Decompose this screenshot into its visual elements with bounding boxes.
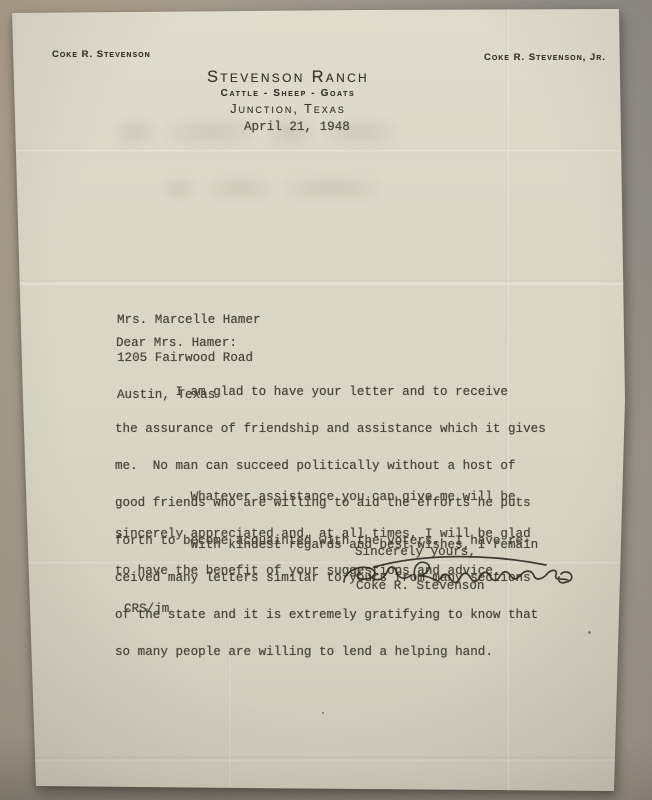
- paper-shadow-wrap: Coke R. Stevenson Coke R. Stevenson, Jr.…: [0, 0, 652, 800]
- letterhead-name-right: Coke R. Stevenson, Jr.: [484, 52, 606, 63]
- fold-crease-horizontal: [0, 148, 652, 153]
- fold-crease-horizontal: [20, 757, 632, 763]
- letterhead-tagline: Cattle - Sheep - Goats: [138, 88, 438, 99]
- body-line: of the state and it is extremely gratify…: [115, 609, 546, 621]
- fold-crease-horizontal: [0, 280, 652, 287]
- paper-speck: [588, 631, 591, 634]
- typed-signature-name: Coke R. Stevenson: [356, 580, 484, 592]
- letter-photograph: Coke R. Stevenson Coke R. Stevenson, Jr.…: [0, 0, 652, 800]
- reference-initials: CRS/jm: [124, 603, 169, 615]
- body-line: the assurance of friendship and assistan…: [115, 423, 546, 435]
- ink-bleed-through-ghost: [140, 178, 380, 200]
- letterhead-ranch-name: Stevenson Ranch: [138, 68, 438, 87]
- letterhead-location: Junction, Texas: [138, 102, 438, 116]
- letter-date: April 21, 1948: [244, 121, 350, 133]
- body-line: I am glad to have your letter and to rec…: [115, 386, 546, 398]
- body-line: Whatever assistance you can give me will…: [115, 491, 531, 503]
- recipient-name: Mrs. Marcelle Hamer: [117, 314, 261, 327]
- letterhead-name-left: Coke R. Stevenson: [52, 49, 151, 60]
- salutation: Dear Mrs. Hamer:: [116, 337, 237, 349]
- paper-speck: [322, 712, 324, 714]
- body-line: so many people are willing to lend a hel…: [115, 646, 546, 658]
- letter-paper: Coke R. Stevenson Coke R. Stevenson, Jr.…: [0, 0, 652, 800]
